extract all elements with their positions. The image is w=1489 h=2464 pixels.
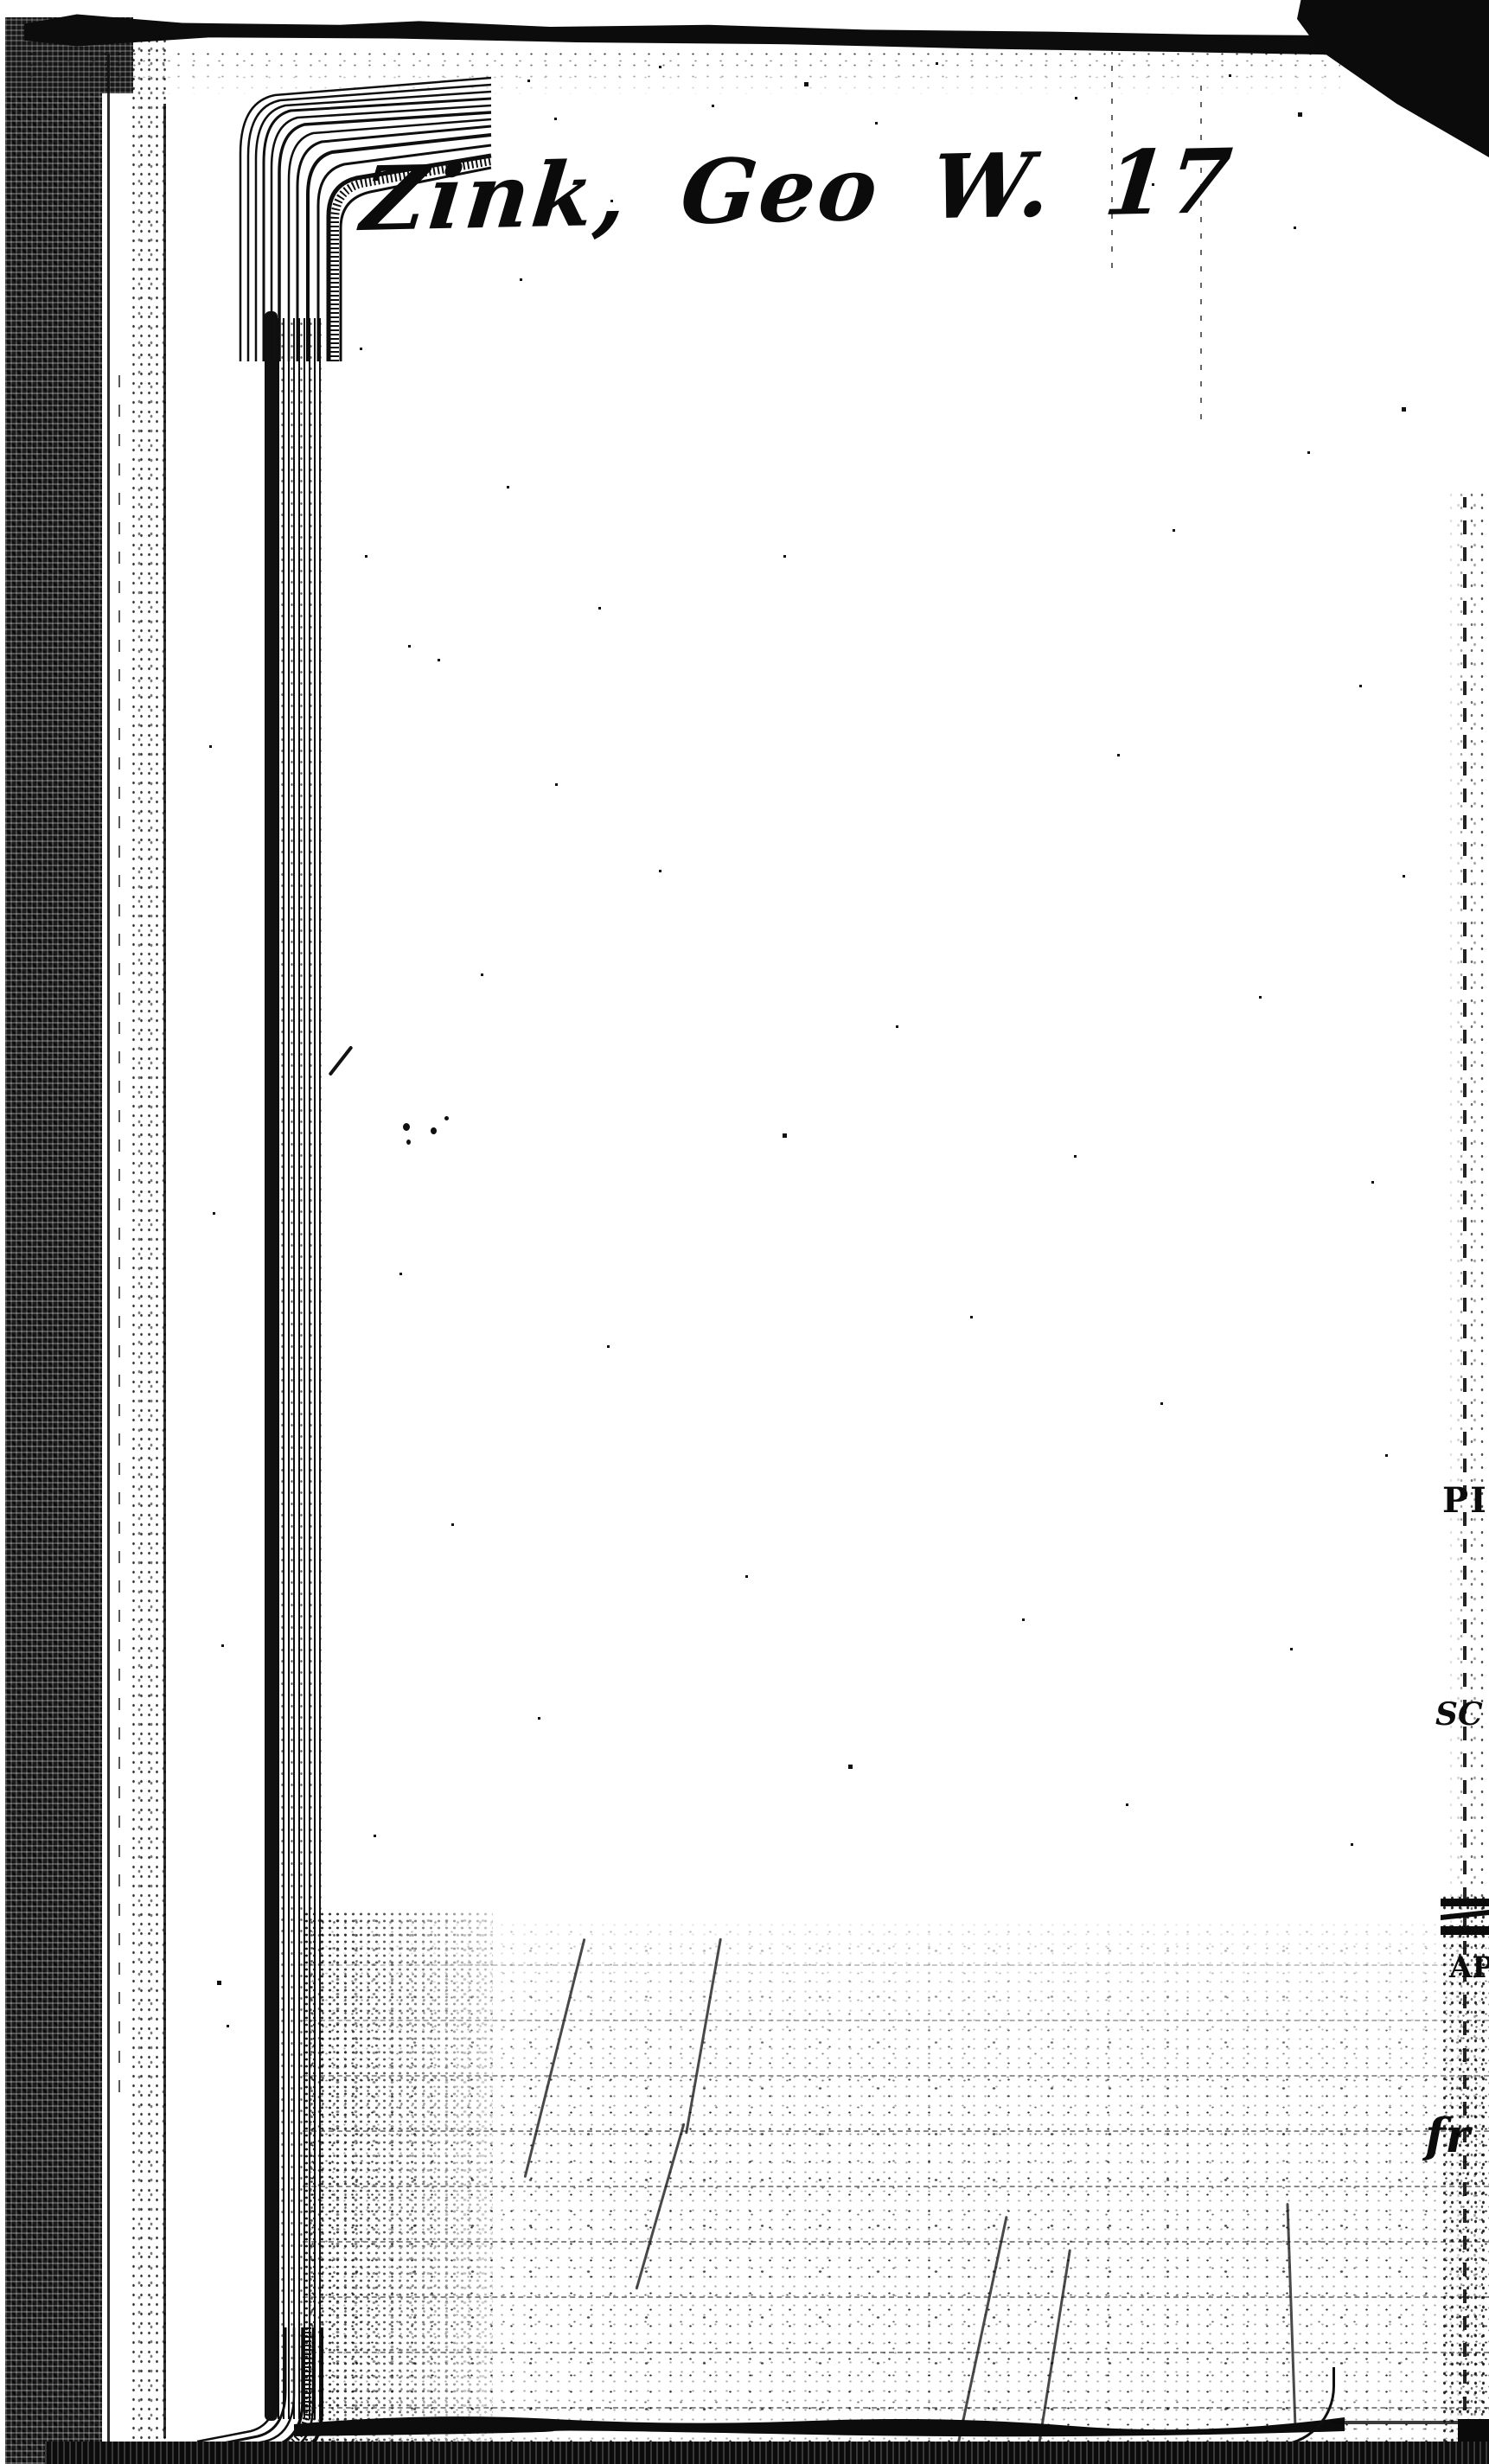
handwritten-annotation: Zink, Geo W. 17 xyxy=(352,104,1027,299)
ink-blot xyxy=(403,1123,410,1131)
scan-speckle-noise xyxy=(0,0,3,3)
ink-blot xyxy=(431,1127,437,1134)
bottom-noise-dense-left xyxy=(303,1911,493,2442)
page-stack-shadow-band xyxy=(265,311,278,2421)
hinge-shadow-line-2 xyxy=(118,363,120,2092)
stray-pen-stroke xyxy=(328,1045,353,1076)
facing-page-table-fragment xyxy=(1441,1899,1489,1906)
ink-blot xyxy=(406,1139,411,1145)
facing-page-text-fragment: SC xyxy=(1435,1696,1483,1733)
gutter-edge-line xyxy=(163,104,166,2438)
ink-blot xyxy=(444,1116,449,1120)
top-edge-speckle-fringe xyxy=(24,48,1340,99)
hinge-shadow-line xyxy=(107,54,110,2457)
book-bottom-edge-shadow xyxy=(294,2405,1345,2443)
cloth-binding-texture xyxy=(5,17,102,2464)
facing-page-text-fragment: PI xyxy=(1442,1480,1488,1521)
scan-bottom-dark-bar xyxy=(45,2442,1489,2464)
scanned-book-page: Zink, Geo W. 17 PI SC AP fr xyxy=(0,0,1489,2464)
